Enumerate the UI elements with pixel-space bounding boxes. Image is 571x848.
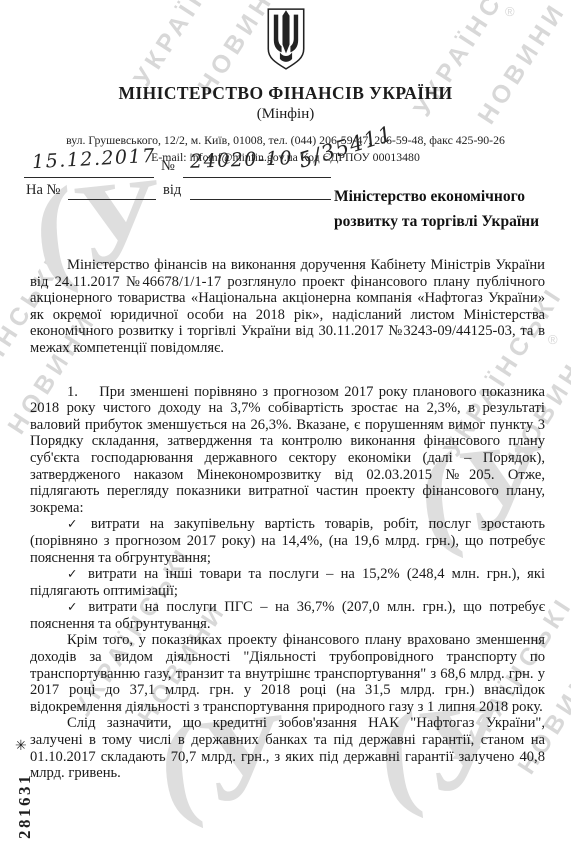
ministry-title: МІНІСТЕРСТВО ФІНАНСІВ УКРАЇНИ [0,83,571,104]
reply-number-underline [68,199,156,200]
paragraph-item-1: 1. При зменшені порівняно з прогнозом 20… [30,384,545,517]
reply-date-label: від [163,182,181,199]
registered-mark: ® [548,332,558,347]
checkmark-icon: ✓ [67,599,81,614]
bullet-text: витрати на закупівельну вартість товарів… [30,516,545,565]
number-underline [183,177,331,178]
paragraph-revenue: Крім того, у показниках проекту фінансов… [30,632,545,715]
bullet-item: ✓витрати на закупівельну вартість товарі… [30,516,545,566]
ministry-short-name: (Мінфін) [0,106,571,123]
bullet-item: ✓витрати на інші товари та послуги – на … [30,566,545,599]
reply-date-underline [190,199,331,200]
recipient-line: розвитку та торгівлі України [334,209,568,234]
paragraph-intro: Міністерство фінансів на виконання доруч… [30,257,545,357]
handwritten-number: 24020-10 [190,147,294,173]
coat-of-arms-icon [266,8,306,70]
bullet-text: витрати на послуги ПГС – на 36,7% (207,0… [30,599,545,632]
reply-number-label: На № [26,182,60,199]
scanned-letter-page: УКРАЇНСЬКІНОВИНИ УКРАЇНСЬКІНОВИНИ ® УКРА… [0,0,571,848]
recipient-line: Міністерство економічного [334,184,568,209]
letterhead: МІНІСТЕРСТВО ФІНАНСІВ УКРАЇНИ (Мінфін) в… [0,0,571,165]
stamp-asterisk-icon: ✳ [15,738,27,754]
recipient-block: Міністерство економічного розвитку та то… [334,184,568,234]
bullet-text: витрати на інші товари та послуги – на 1… [30,566,545,599]
address-line: вул. Грушевського, 12/2, м. Київ, 01008,… [0,132,571,149]
number-label: № [161,158,175,175]
registration-stamp-number: 281631 [15,757,35,848]
paragraph-credit: Слід зазначити, що кредитні зобов'язання… [30,715,545,781]
checkmark-icon: ✓ [67,566,81,581]
checkmark-icon: ✓ [67,516,84,531]
bullet-item: ✓витрати на послуги ПГС – на 36,7% (207,… [30,599,545,632]
date-underline [24,177,154,178]
letter-body: Міністерство фінансів на виконання доруч… [30,257,545,782]
